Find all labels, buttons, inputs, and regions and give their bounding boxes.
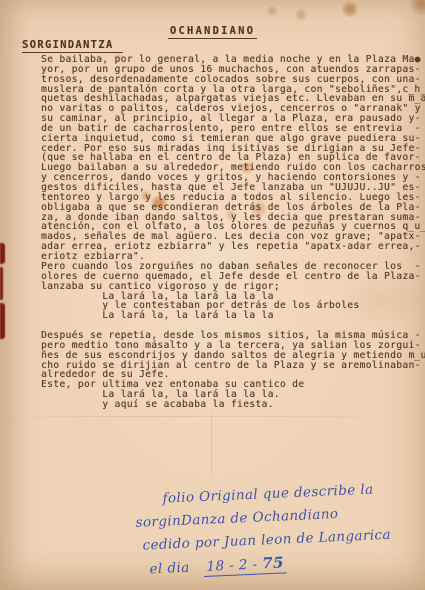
vertical-crease <box>211 414 212 474</box>
handwritten-year: 75 <box>262 553 284 572</box>
handwritten-note: folio Original que describe la sorginDan… <box>134 477 408 582</box>
handwritten-date: 18 - 2 - 75 <box>203 555 287 577</box>
left-edge-stain <box>0 267 3 300</box>
paragraph-2: Pero cuando los zorguiñes no daban señal… <box>41 262 421 321</box>
title-row: OCHANDIANO <box>0 21 425 39</box>
section-heading: SORGINDANTZA <box>22 39 123 53</box>
paragraph-1: Se bailaba, por lo general, a la media n… <box>41 55 425 262</box>
paragraph-3: Después se repetia, desde los mismos sit… <box>41 331 425 410</box>
left-edge-stain <box>0 303 5 339</box>
horizontal-crease <box>0 416 425 417</box>
date-label: el dia <box>149 560 190 578</box>
document-title: OCHANDIANO <box>168 25 257 39</box>
left-edge-stain <box>0 243 5 264</box>
document-page: OCHANDIANO SORGINDANTZA Se bailaba, por … <box>0 0 425 590</box>
